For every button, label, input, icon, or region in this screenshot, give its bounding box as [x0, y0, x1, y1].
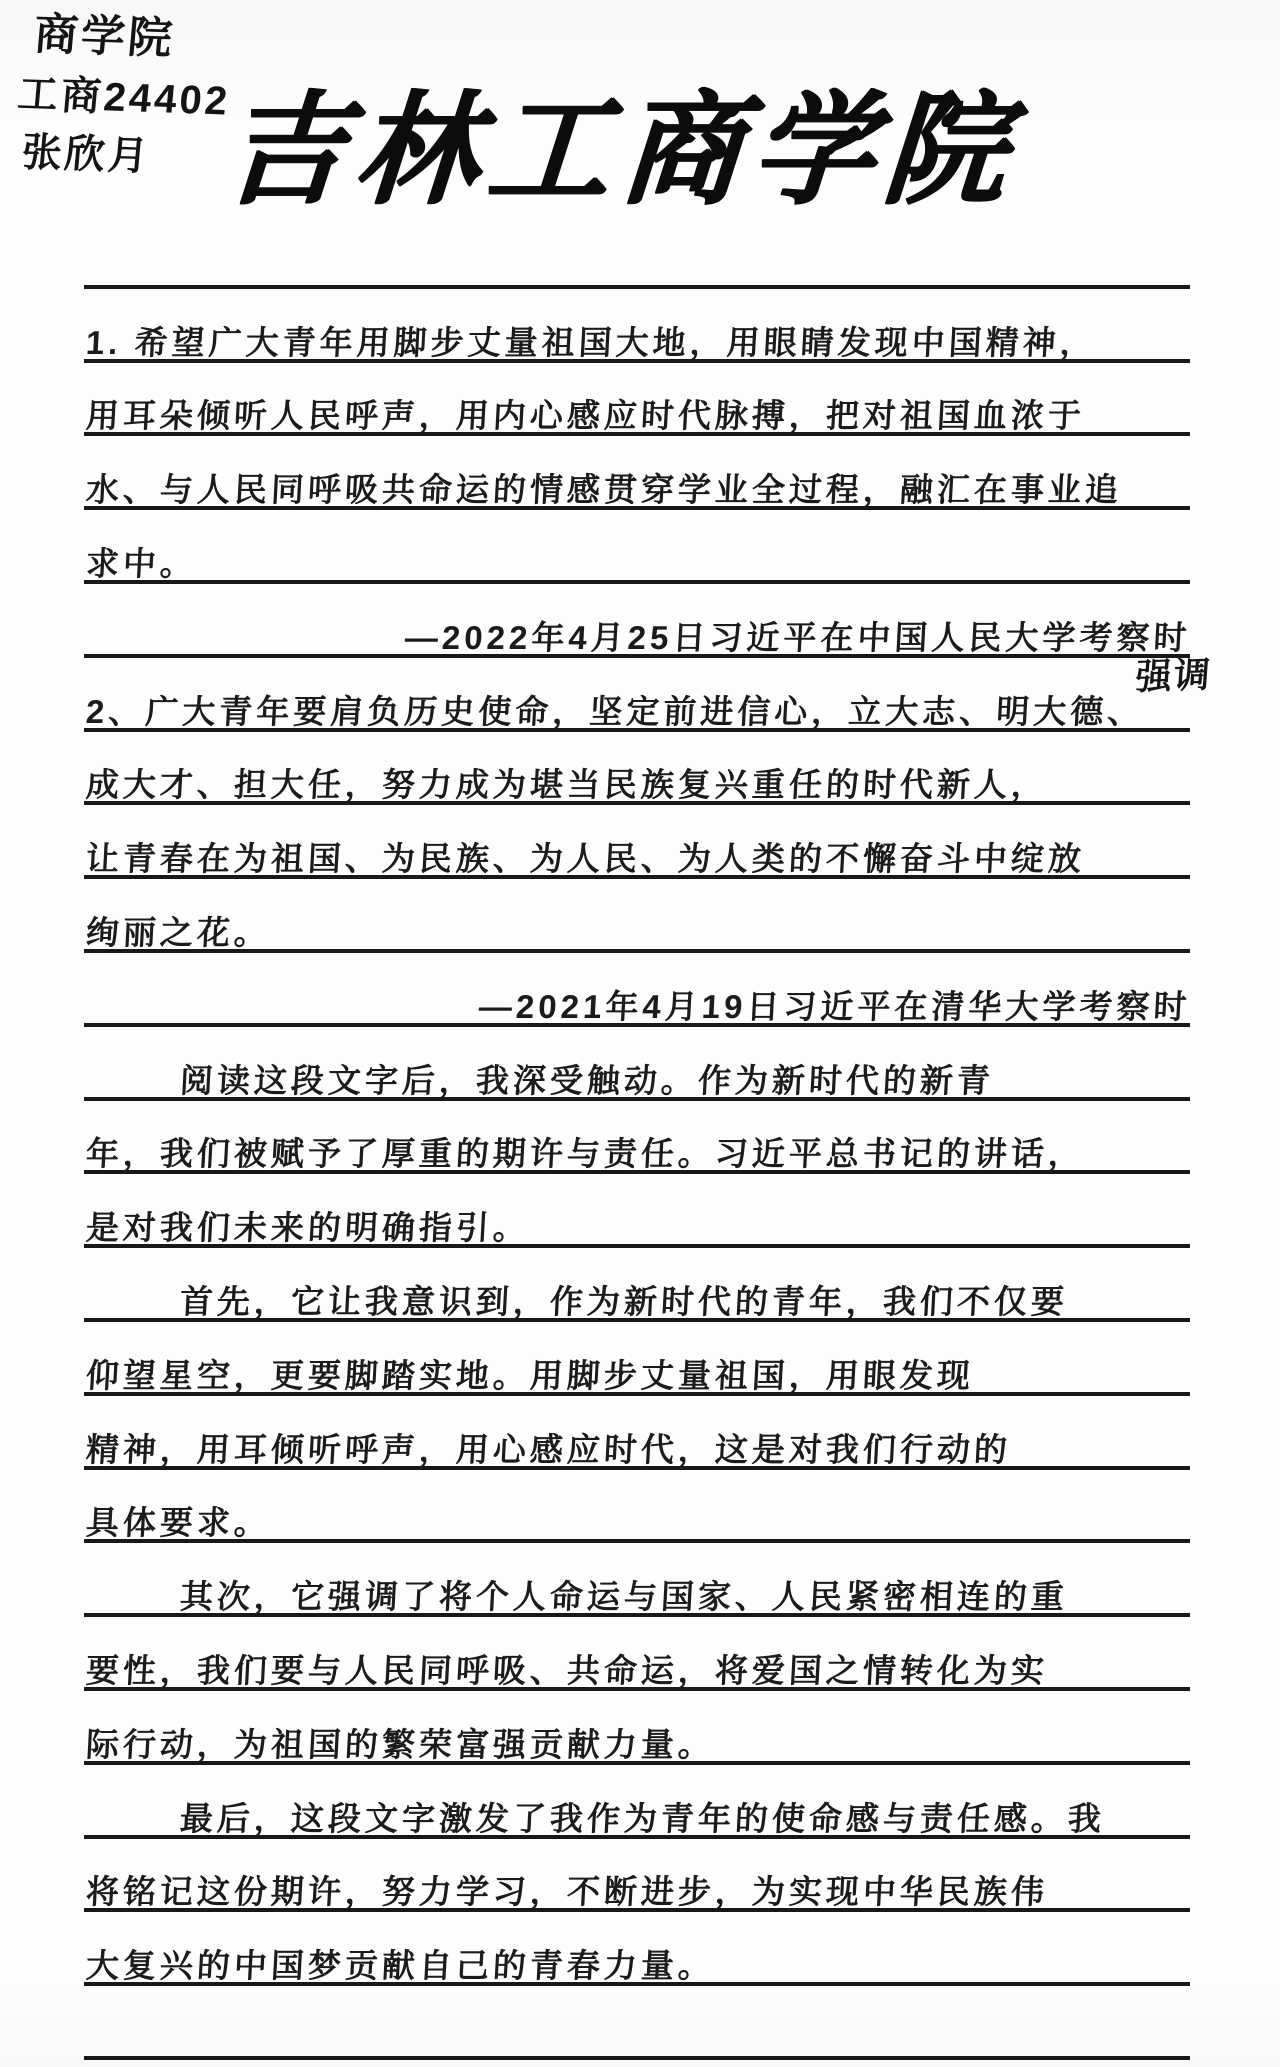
ruled-line: 1. 希望广大青年用脚步丈量祖国大地，用眼睛发现中国精神，	[84, 289, 1190, 363]
ruled-line: 将铭记这份期许，努力学习，不断进步，为实现中华民族伟	[84, 1839, 1190, 1913]
handwritten-line-text: 绚丽之花。	[85, 914, 272, 952]
handwritten-line-text: 具体要求。	[85, 1504, 272, 1542]
handwritten-line-text: —2021年4月19日习近平在清华大学考察时	[478, 988, 1191, 1026]
ruled-line: 阅读这段文字后，我深受触动。作为新时代的新青	[84, 1027, 1190, 1101]
ruled-text-area: 1. 希望广大青年用脚步丈量祖国大地，用眼睛发现中国精神，用耳朵倾听人民呼声，用…	[84, 215, 1190, 2060]
handwritten-line-text: 将铭记这份期许，努力学习，不断进步，为实现中华民族伟	[85, 1873, 1049, 1911]
ruled-line: 首先，它让我意识到，作为新时代的青年，我们不仅要	[84, 1248, 1190, 1322]
handwritten-line-text: 水、与人民同呼吸共命运的情感贯穿学业全过程，融汇在事业追	[85, 471, 1123, 509]
handwritten-line-text: 精神，用耳倾听呼声，用心感应时代，这是对我们行动的	[85, 1431, 1012, 1469]
ruled-line: 用耳朵倾听人民呼声，用内心感应时代脉搏，把对祖国血浓于	[84, 363, 1190, 437]
ruled-line: —2022年4月25日习近平在中国人民大学考察时	[84, 584, 1190, 658]
ruled-line: 水、与人民同呼吸共命运的情感贯穿学业全过程，融汇在事业追	[84, 436, 1190, 510]
handwritten-line-text: 2、广大青年要肩负历史使命，坚定前进信心，立大志、明大德、	[85, 693, 1145, 731]
ruled-line: 2、广大青年要肩负历史使命，坚定前进信心，立大志、明大德、	[84, 658, 1190, 732]
handwritten-line-text: 仰望星空，更要脚踏实地。用脚步丈量祖国，用眼发现	[85, 1357, 975, 1395]
handwritten-line-text: 用耳朵倾听人民呼声，用内心感应时代脉搏，把对祖国血浓于	[85, 397, 1086, 435]
handwritten-line-text: 年，我们被赋予了厚重的期许与责任。习近平总书记的讲话，	[85, 1135, 1086, 1173]
ruled-line: 际行动，为祖国的繁荣富强贡献力量。	[84, 1691, 1190, 1765]
handwritten-line-text: 大复兴的中国梦贡献自己的青春力量。	[85, 1947, 716, 1985]
handwritten-line-text: 其次，它强调了将个人命运与国家、人民紧密相连的重	[179, 1578, 1069, 1616]
ruled-line	[84, 1986, 1190, 2060]
ruled-line: 大复兴的中国梦贡献自己的青春力量。	[84, 1912, 1190, 1986]
handwritten-line-text: 求中。	[85, 545, 198, 583]
handwritten-line-text: 要性，我们要与人民同呼吸、共命运，将爱国之情转化为实	[85, 1652, 1049, 1690]
handwritten-line-text: 是对我们未来的明确指引。	[85, 1209, 531, 1247]
ruled-line: 求中。	[84, 510, 1190, 584]
handwritten-line-text: 首先，它让我意识到，作为新时代的青年，我们不仅要	[179, 1283, 1069, 1321]
ruled-line: 具体要求。	[84, 1470, 1190, 1544]
ruled-line: —2021年4月19日习近平在清华大学考察时	[84, 953, 1190, 1027]
handwritten-line-text: 最后，这段文字激发了我作为青年的使命感与责任感。我	[179, 1800, 1106, 1838]
page-title-calligraphy: 吉林工商学院	[24, 52, 1216, 227]
handwritten-line-text: —2022年4月25日习近平在中国人民大学考察时	[404, 619, 1191, 657]
handwritten-line-text: 际行动，为祖国的繁荣富强贡献力量。	[85, 1726, 716, 1764]
ruled-line: 成大才、担大任，努力成为堪当民族复兴重任的时代新人，	[84, 732, 1190, 806]
handwritten-line-text: 成大才、担大任，努力成为堪当民族复兴重任的时代新人，	[85, 766, 1049, 804]
handwritten-line-text: 让青春在为祖国、为民族、为人民、为人类的不懈奋斗中绽放	[85, 840, 1086, 878]
margin-annotation: 强调	[1134, 647, 1214, 701]
ruled-line: 最后，这段文字激发了我作为青年的使命感与责任感。我	[84, 1765, 1190, 1839]
handwritten-line-text: 1. 希望广大青年用脚步丈量祖国大地，用眼睛发现中国精神，	[85, 324, 1098, 362]
ruled-line: 精神，用耳倾听呼声，用心感应时代，这是对我们行动的	[84, 1396, 1190, 1470]
ruled-line	[84, 215, 1190, 289]
ruled-line: 仰望星空，更要脚踏实地。用脚步丈量祖国，用眼发现	[84, 1322, 1190, 1396]
ruled-line: 绚丽之花。	[84, 879, 1190, 953]
ruled-line: 年，我们被赋予了厚重的期许与责任。习近平总书记的讲话，	[84, 1101, 1190, 1175]
handwritten-essay-page: 商学院 工商24402 张欣月 吉林工商学院 1. 希望广大青年用脚步丈量祖国大…	[0, 0, 1280, 2067]
ruled-line: 是对我们未来的明确指引。	[84, 1174, 1190, 1248]
ruled-line: 其次，它强调了将个人命运与国家、人民紧密相连的重	[84, 1543, 1190, 1617]
ruled-line: 让青春在为祖国、为民族、为人民、为人类的不懈奋斗中绽放	[84, 805, 1190, 879]
ruled-line: 要性，我们要与人民同呼吸、共命运，将爱国之情转化为实	[84, 1617, 1190, 1691]
handwritten-line-text: 阅读这段文字后，我深受触动。作为新时代的新青	[179, 1062, 995, 1100]
